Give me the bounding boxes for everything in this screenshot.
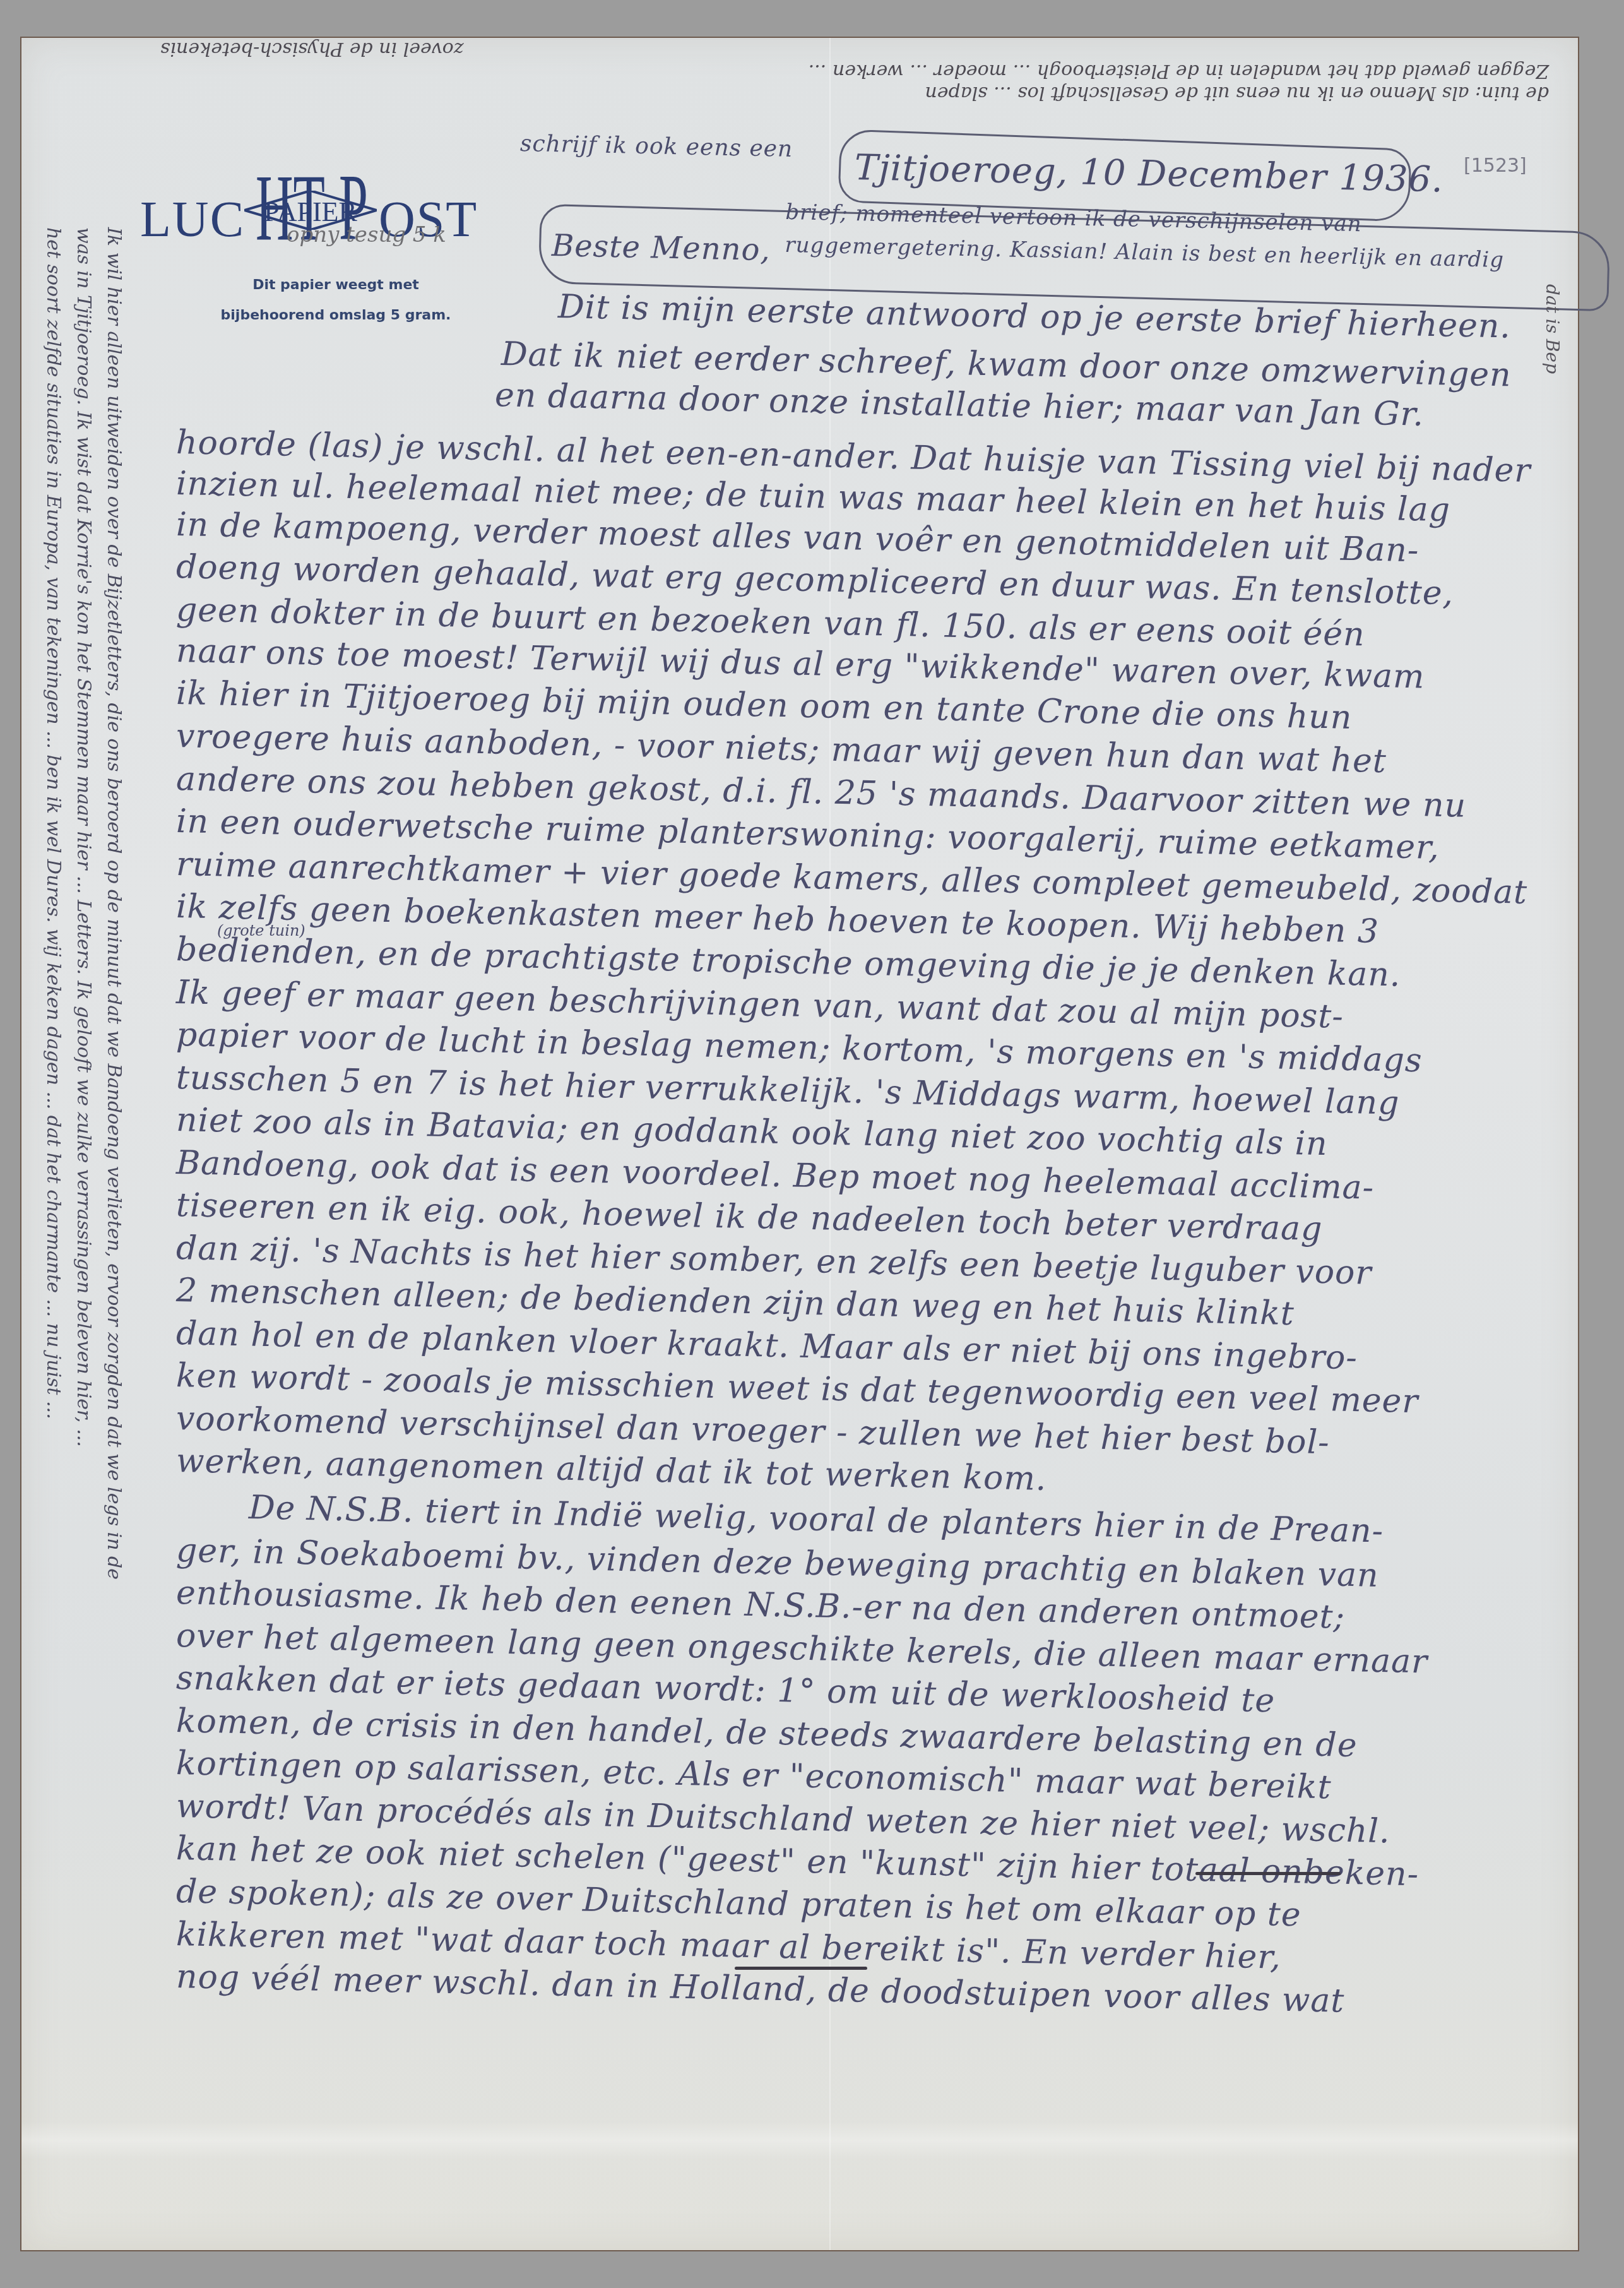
left-margin-notes: Ik wil hier alleen uitweiden over de Bij… — [38, 227, 129, 1580]
top-margin-upside-down-notes: de tuin: als Menno en ik nu eens uit de … — [160, 38, 1549, 104]
underline-mark — [1195, 1872, 1341, 1875]
inserted-note-above: schrijf ik ook eens een — [520, 133, 793, 161]
greeting: Beste Menno, — [551, 230, 771, 265]
pencil-note: opny tesug 5 k — [287, 222, 446, 247]
letterhead-weight-note: Dit papier weegt met bijbehoorend omslag… — [159, 270, 513, 331]
weight-note-line-2: bijbehoorend omslag 5 gram. — [159, 301, 513, 331]
left-margin-line: het soort zelfde situaties in Europa, va… — [38, 227, 68, 1580]
top-margin-line: de tuin: als Menno en ik nu eens uit de … — [160, 82, 1549, 104]
left-margin-line: Ik wil hier alleen uitweiden over de Bij… — [98, 227, 129, 1580]
logo-word-luc: LUC — [140, 194, 245, 245]
letter-sheet: de tuin: als Menno en ik nu eens uit de … — [20, 37, 1579, 2251]
top-margin-line: zoveel in de Physisch-betekenis — [160, 38, 1549, 60]
right-margin-note: dat is Bep — [1542, 284, 1563, 374]
weight-note-line-1: Dit papier weegt met — [159, 270, 513, 301]
logo-center: HT P PAPIER — [238, 158, 383, 265]
archive-number: [1523] — [1464, 155, 1527, 177]
top-margin-line: Zeggen geweld dat het wandelen in de Ple… — [160, 60, 1549, 82]
left-margin-line: was in Tjitjoeroeg. Ik wist dat Korrie's… — [68, 227, 98, 1580]
paper-fold-horizontal — [21, 2121, 1578, 2159]
